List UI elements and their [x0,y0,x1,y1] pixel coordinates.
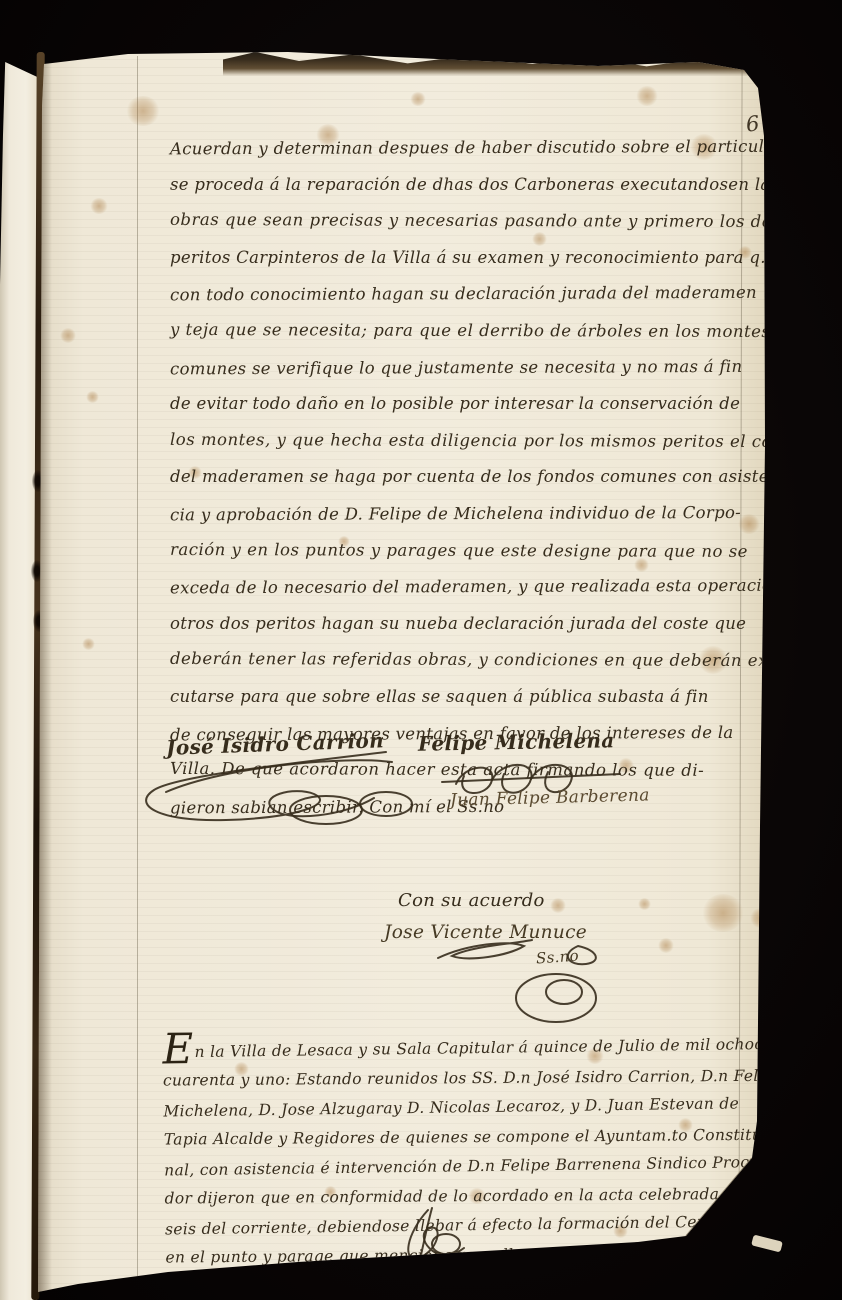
manuscript-line: exceda de lo necesario del maderamen, y … [170,568,795,607]
fox-spot [410,92,426,106]
signature-michelena: Felipe Michelena [418,728,615,755]
manuscript-line: cutarse para que sobre ellas se saquen á… [170,679,795,716]
fox-spot [126,96,160,126]
darkened-top-edge [223,46,766,76]
manuscript-line: con todo conocimiento hagan su declaraci… [170,275,795,314]
munuce-rubric [428,936,608,1026]
manuscript-line: peritos Carpinteros de la Villa á su exa… [170,240,795,277]
manuscript-line: comunes se verifique lo que justamente s… [170,348,795,387]
fox-spot [750,908,772,928]
fox-spot [636,86,658,106]
paper-sliver [751,1235,783,1253]
manuscript-line: y teja que se necesita; para que el derr… [170,312,795,351]
manuscript-page: 6 Acuerdan y determinan despues de haber… [38,46,766,1300]
left-margin-rule [137,56,138,1292]
manuscript-line-text: n la Villa de Lesaca y su Sala Capitular… [194,1034,812,1061]
fox-spot [86,391,99,403]
manuscript-line: Acuerdan y determinan despues de haber d… [170,129,795,168]
closing-flourish [388,1206,488,1276]
manuscript-line: los montes, y que hecha esta diligencia … [170,422,795,461]
manuscript-line: se proceda á la reparación de dhas dos C… [170,167,795,204]
manuscript-line: ración y en los puntos y parages que est… [170,531,795,570]
manuscript-line: de evitar todo daño en lo posible por in… [170,386,795,423]
signature-carrion-rubric [136,746,416,836]
fox-spot [658,938,674,953]
manuscript-line: del maderamen se haga por cuenta de los … [170,459,795,496]
fox-spot [82,638,95,650]
manuscript-line: cia y aprobación de D. Felipe de Michele… [170,495,795,534]
acta-paragraph-1: Acuerdan y determinan despues de haber d… [170,130,795,825]
manuscript-line: Tapia Alcalde y Regidores de quienes se … [164,1120,804,1155]
binding-thread [794,1121,829,1143]
acuerdo-heading: Con su acuerdo [398,890,545,911]
manuscript-line: otros dos peritos hagan su nueba declara… [170,606,795,643]
fox-spot [550,898,566,913]
fox-spot [702,894,744,932]
fox-spot [60,328,76,343]
manuscript-scan: 6 Acuerdan y determinan despues de haber… [0,0,842,1300]
manuscript-line: deberán tener las referidas obras, y con… [170,641,795,680]
manuscript-line: obras que sean precisas y necesarias pas… [170,202,795,241]
fox-spot [90,198,108,214]
manuscript-line: cuarenta y uno: Estando reunidos los SS.… [163,1061,803,1096]
fox-spot [638,898,651,910]
